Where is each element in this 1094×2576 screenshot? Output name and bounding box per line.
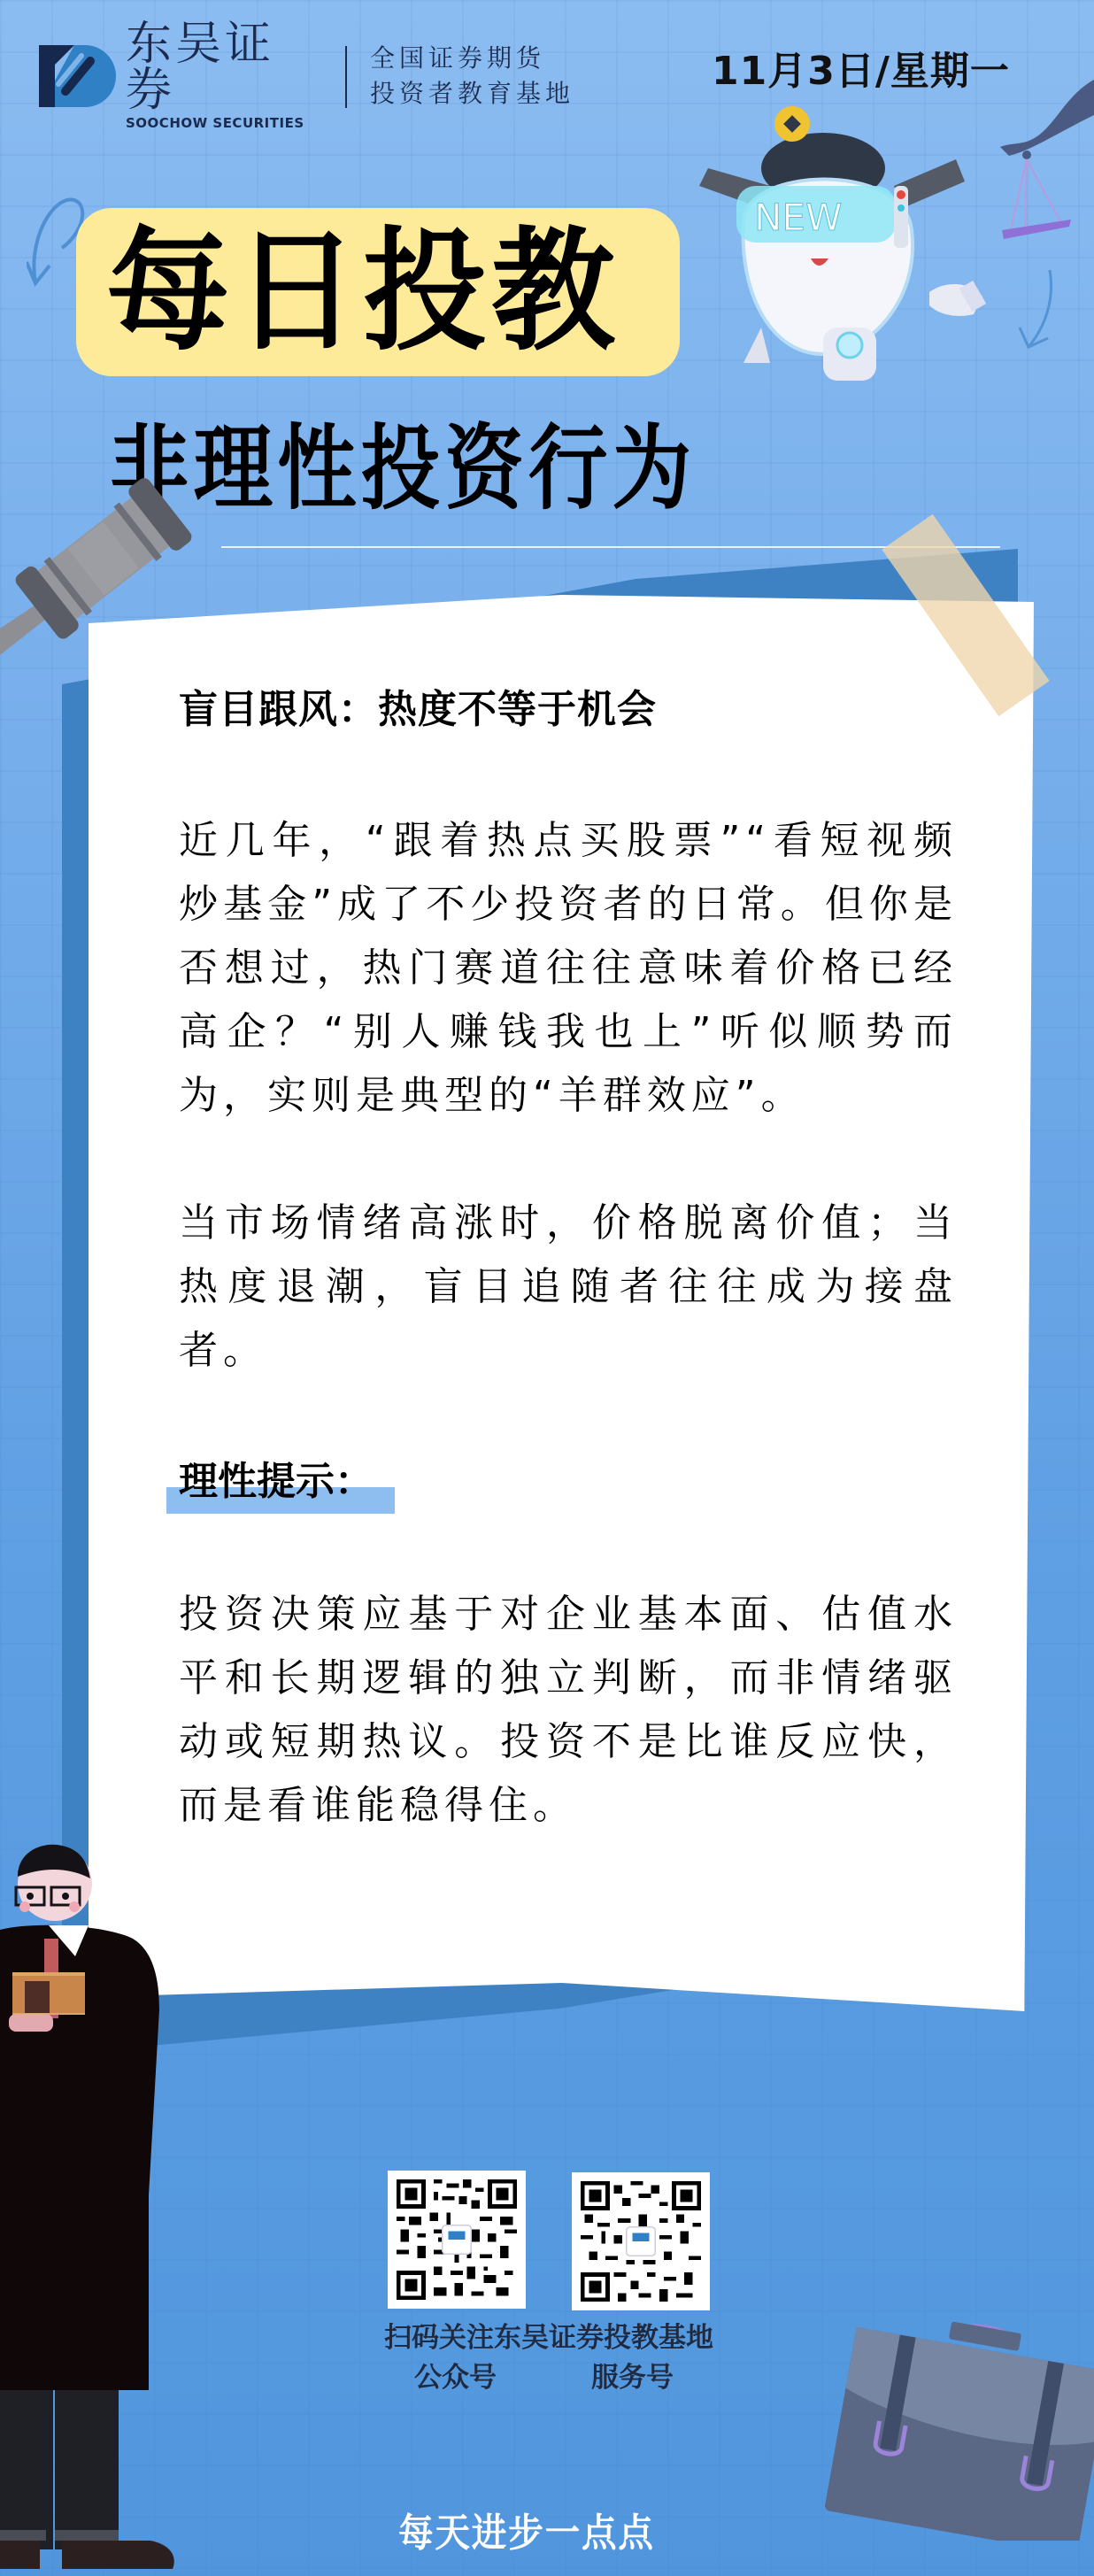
brand-name-cn: 东吴证券 xyxy=(126,21,304,113)
logo-divider xyxy=(345,46,347,108)
tip-heading: 理性提示： xyxy=(179,1455,374,1508)
tip-paragraph: 投资决策应基于对企业基本面、估值水平和长期逻辑的独立判断，而非情绪驱动或短期热议… xyxy=(179,1583,958,1838)
gavel-icon xyxy=(0,451,195,667)
qr-caption: 扫码关注东吴证券投教基地 xyxy=(372,2315,726,2355)
page-subtitle: 非理性投资行为 xyxy=(110,420,696,517)
article-paragraph-2: 当市场情绪高涨时，价格脱离价值；当热度退潮，盲目追随者往往成为接盘者。 xyxy=(179,1192,958,1383)
svg-text:NEW: NEW xyxy=(754,196,842,239)
tagline-line-2: 投资者教育基地 xyxy=(370,76,574,112)
judge-character-illustration xyxy=(0,1841,177,2576)
qr-code-icon xyxy=(397,2179,517,2300)
scale-of-justice-icon xyxy=(982,18,1094,243)
brand-name-en: SOOCHOW SECURITIES xyxy=(126,115,304,131)
footer-slogan: 每天进步一点点 xyxy=(398,2501,655,2557)
article-paragraph-1: 近几年，“跟着热点买股票”“看短视频炒基金”成了不少投资者的日常。但你是否想过，… xyxy=(179,809,958,1128)
tagline-line-1: 全国证券期货 xyxy=(370,41,574,76)
qr-label-official: 公众号 xyxy=(414,2355,497,2395)
qr-code-wechat-official[interactable] xyxy=(388,2171,526,2309)
section-title: 盲目跟风：热度不等于机会 xyxy=(179,682,958,738)
robot-mascot: NEW xyxy=(690,97,991,384)
tip-title: 理性提示： xyxy=(179,1455,374,1508)
curved-arrow-icon xyxy=(1018,266,1062,358)
brand-tagline: 全国证券期货 投资者教育基地 xyxy=(370,41,574,112)
soochow-logo-icon xyxy=(39,45,119,107)
page-title: 每日投教 xyxy=(106,221,620,363)
qr-code-icon xyxy=(581,2181,701,2302)
article-body: 盲目跟风：热度不等于机会 近几年，“跟着热点买股票”“看短视频炒基金”成了不少投… xyxy=(179,682,958,1838)
briefcase-icon xyxy=(823,2310,1094,2544)
qr-code-wechat-service[interactable] xyxy=(572,2172,710,2310)
date-label: 11月3日/星期一 xyxy=(712,39,1010,96)
qr-label-service: 服务号 xyxy=(591,2355,674,2395)
brand-logo: 东吴证券 SOOCHOW SECURITIES xyxy=(39,42,296,110)
